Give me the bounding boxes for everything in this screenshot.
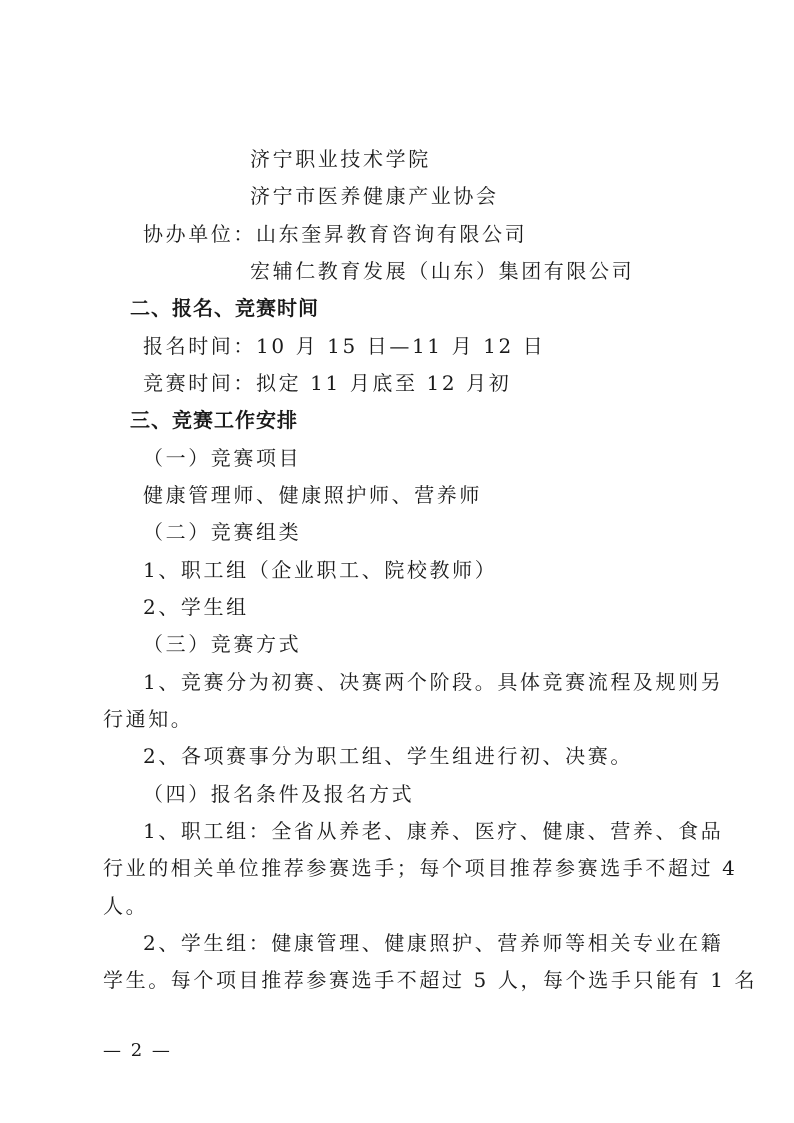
paragraph-line: （三）竞赛方式 <box>143 631 301 657</box>
paragraph-line: 人。 <box>103 893 148 919</box>
paragraph-line: 行通知。 <box>103 706 193 732</box>
paragraph-line: 1、竞赛分为初赛、决赛两个阶段。具体竞赛流程及规则另 <box>143 669 723 695</box>
paragraph-line: 2、各项赛事分为职工组、学生组进行初、决赛。 <box>143 743 633 769</box>
paragraph-line: 济宁职业技术学院 <box>250 146 431 172</box>
paragraph-line: 竞赛时间：拟定 11 月底至 12 月初 <box>143 370 511 396</box>
section-heading: 三、竞赛工作安排 <box>130 407 298 433</box>
page-number: — 2 — <box>103 1040 172 1061</box>
paragraph-line: 2、学生组：健康管理、健康照护、营养师等相关专业在籍 <box>143 930 723 956</box>
paragraph-line: 2、学生组 <box>143 594 249 620</box>
paragraph-line: 学生。每个项目推荐参赛选手不超过 5 人，每个选手只能有 1 名 <box>103 967 757 993</box>
paragraph-line: 济宁市医养健康产业协会 <box>250 183 499 209</box>
paragraph-line: 1、职工组（企业职工、院校教师） <box>143 557 497 583</box>
section-heading: 二、报名、竞赛时间 <box>130 295 319 321</box>
paragraph-line: 健康管理师、健康照护师、营养师 <box>143 482 482 508</box>
paragraph-line: （一）竞赛项目 <box>143 445 301 471</box>
paragraph-line: 1、职工组：全省从养老、康养、医疗、健康、营养、食品 <box>143 818 723 844</box>
paragraph-line: 宏辅仁教育发展（山东）集团有限公司 <box>250 258 634 284</box>
paragraph-line: 行业的相关单位推荐参赛选手；每个项目推荐参赛选手不超过 4 <box>103 855 737 881</box>
paragraph-line: （四）报名条件及报名方式 <box>143 781 414 807</box>
paragraph-line: 报名时间：10 月 15 日—11 月 12 日 <box>143 333 545 359</box>
paragraph-line: 协办单位：山东奎昇教育咨询有限公司 <box>143 221 527 247</box>
paragraph-line: （二）竞赛组类 <box>143 519 301 545</box>
